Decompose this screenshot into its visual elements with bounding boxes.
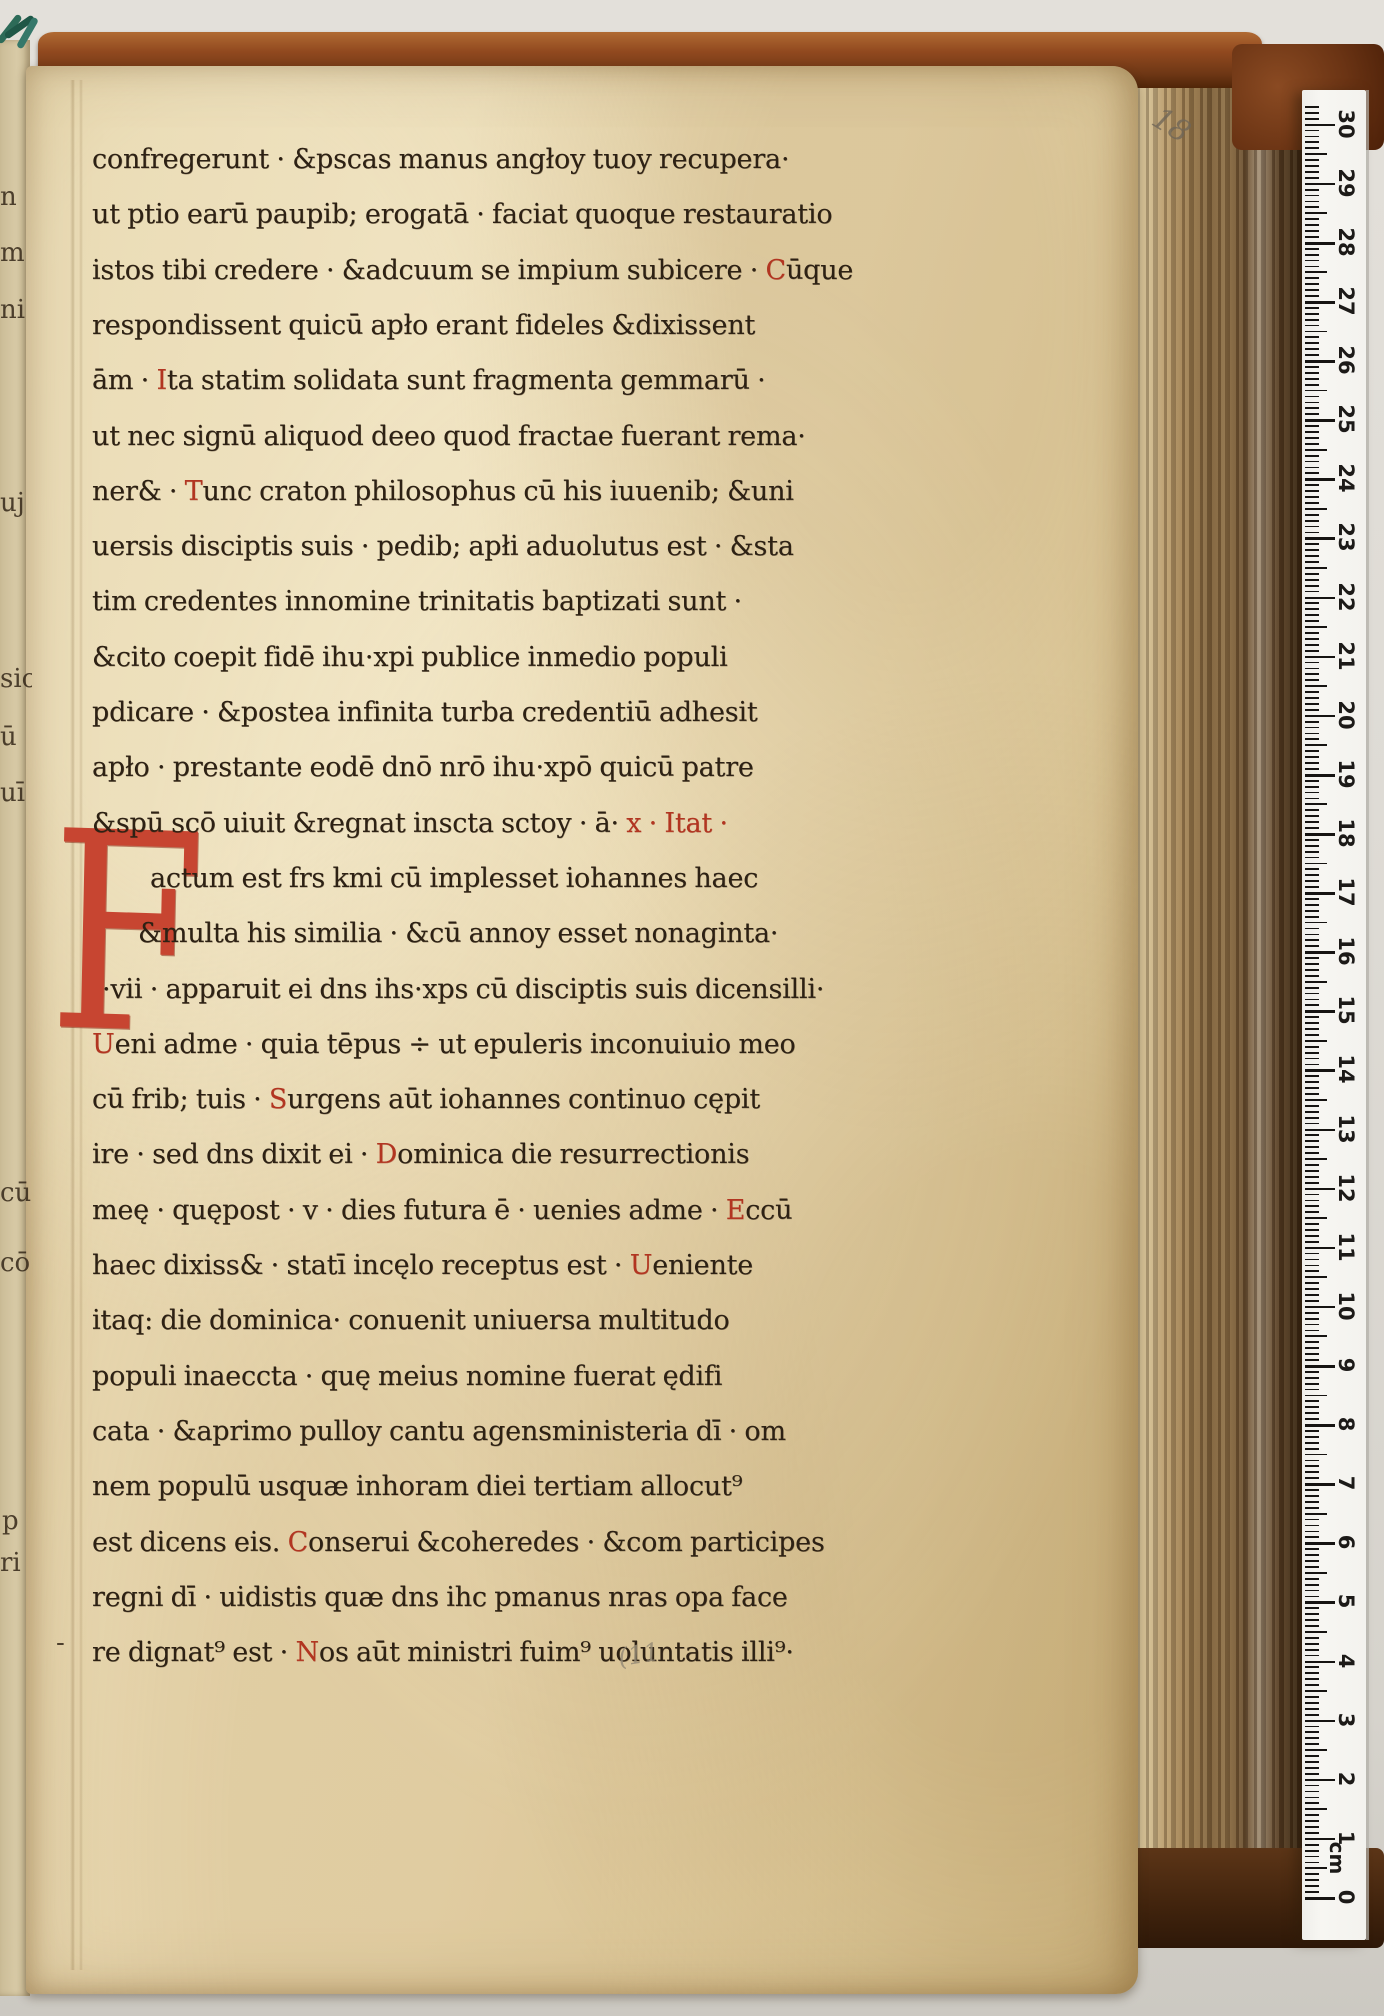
margin-fragment: cō bbox=[0, 1248, 32, 1278]
ruler-tick bbox=[1305, 975, 1319, 977]
ruler-number: 17 bbox=[1334, 877, 1358, 907]
ruler-tick bbox=[1305, 443, 1319, 445]
ruler-number: 5 bbox=[1334, 1586, 1358, 1616]
ruler-tick bbox=[1305, 981, 1327, 983]
ruler-tick bbox=[1305, 1696, 1319, 1698]
ruler-tick bbox=[1305, 614, 1319, 616]
line-text: tim credentes innomine trinitatis baptiz… bbox=[92, 586, 742, 617]
ruler-number: 27 bbox=[1334, 286, 1358, 316]
ruler-unit-label: cm bbox=[1325, 1843, 1349, 1873]
ruler-number: 29 bbox=[1334, 168, 1358, 198]
ruler-tick bbox=[1305, 1028, 1319, 1030]
ruler-tick bbox=[1305, 1093, 1319, 1095]
ruler-tick bbox=[1305, 212, 1327, 214]
ruler-tick bbox=[1305, 1140, 1319, 1142]
ruler-tick bbox=[1305, 1134, 1319, 1136]
ruler-tick bbox=[1305, 1383, 1319, 1385]
margin-fragment: cū bbox=[0, 1178, 32, 1208]
line-text: ccū bbox=[745, 1195, 792, 1226]
ruler-tick bbox=[1305, 656, 1335, 659]
rubric-letter: D bbox=[376, 1139, 397, 1170]
ruler-tick bbox=[1305, 242, 1335, 245]
ruler-number: 13 bbox=[1334, 1114, 1358, 1144]
ruler-tick bbox=[1305, 118, 1319, 120]
ruler-tick bbox=[1305, 1720, 1335, 1723]
ruler-tick bbox=[1305, 478, 1335, 481]
ruler-tick bbox=[1305, 1548, 1319, 1550]
ruler-tick bbox=[1305, 1164, 1319, 1166]
ruler-tick bbox=[1305, 1004, 1319, 1006]
ruler-tick bbox=[1305, 1412, 1319, 1414]
ruler-tick bbox=[1305, 650, 1319, 652]
ruler-tick bbox=[1305, 1424, 1335, 1427]
manuscript-line: ·vii · apparuit ei dns ihs·xps cū discip… bbox=[102, 970, 824, 1010]
ruler-tick bbox=[1305, 1743, 1319, 1745]
ruler-tick bbox=[1305, 136, 1319, 138]
line-text: ut nec signū aliquod deeo quod fractae f… bbox=[92, 421, 806, 452]
ruler-tick bbox=[1305, 987, 1319, 989]
line-text: urgens aūt iohannes continuo cępit bbox=[287, 1084, 760, 1115]
ruler-tick bbox=[1305, 1460, 1319, 1462]
ruler-tick bbox=[1305, 673, 1319, 675]
ruler-tick bbox=[1305, 271, 1327, 273]
ruler-tick bbox=[1305, 1099, 1327, 1101]
ruler-tick bbox=[1305, 945, 1319, 947]
ruler-tick bbox=[1305, 1897, 1335, 1900]
ruler-tick bbox=[1305, 1442, 1319, 1444]
ruler-number: 16 bbox=[1334, 936, 1358, 966]
ruler-tick bbox=[1305, 1454, 1327, 1456]
ruler-tick bbox=[1305, 1046, 1319, 1048]
ruler-tick bbox=[1305, 1170, 1319, 1172]
ruler-tick bbox=[1305, 1507, 1319, 1509]
rubric-letter: U bbox=[92, 1029, 115, 1060]
ruler-tick bbox=[1305, 1058, 1319, 1060]
ruler-tick bbox=[1305, 1596, 1319, 1598]
line-text: ner& · bbox=[92, 476, 185, 507]
manuscript-line: cata · &aprimo pulloy cantu agensministe… bbox=[92, 1412, 786, 1452]
ruler-tick bbox=[1305, 413, 1319, 415]
ruler-tick bbox=[1305, 827, 1319, 829]
margin-fragment: ni bbox=[0, 295, 32, 325]
ruler-tick bbox=[1305, 1158, 1327, 1160]
manuscript-line: respondissent quicū apło erant fideles &… bbox=[92, 306, 755, 346]
ruler-tick bbox=[1305, 833, 1335, 836]
ruler-tick bbox=[1305, 319, 1319, 321]
ruler-tick bbox=[1305, 124, 1335, 127]
ruler-tick bbox=[1305, 1678, 1319, 1680]
ruler-tick bbox=[1305, 1223, 1319, 1225]
ruler-tick bbox=[1305, 999, 1319, 1001]
rubric-letter: T bbox=[185, 476, 203, 507]
manuscript-line: tim credentes innomine trinitatis baptiz… bbox=[92, 582, 742, 622]
line-text: eni adme · quia tēpus ÷ ut epuleris inco… bbox=[115, 1029, 796, 1060]
ruler-tick bbox=[1305, 602, 1319, 604]
manuscript-line: populi inaeccta · quę meius nomine fuera… bbox=[92, 1357, 722, 1397]
ruler-tick bbox=[1305, 1714, 1319, 1716]
manuscript-line: &cito coepit fidē ihu·xpi publice inmedi… bbox=[92, 638, 728, 678]
ruler-tick bbox=[1305, 455, 1319, 457]
ruler-tick bbox=[1305, 632, 1319, 634]
line-text: ta statim solidata sunt fragmenta gemmar… bbox=[167, 365, 766, 396]
ruler-tick bbox=[1305, 1241, 1319, 1243]
ruler-tick bbox=[1305, 1282, 1319, 1284]
manuscript-line: uersis disciptis suis · pedib; apłi aduo… bbox=[92, 527, 794, 567]
ruler-tick bbox=[1305, 1300, 1319, 1302]
ruler-tick bbox=[1305, 1217, 1327, 1219]
ruler-number: 24 bbox=[1334, 463, 1358, 493]
ruler-tick bbox=[1305, 1702, 1319, 1704]
line-text: ominica die resurrectionis bbox=[397, 1139, 749, 1170]
ruler-tick bbox=[1305, 1542, 1335, 1545]
ruler-tick bbox=[1305, 1495, 1319, 1497]
ruler-tick bbox=[1305, 1584, 1319, 1586]
ruler-tick bbox=[1305, 585, 1319, 587]
ruler-tick bbox=[1305, 425, 1319, 427]
ruler-tick bbox=[1305, 431, 1319, 433]
ruler-number: 14 bbox=[1334, 1054, 1358, 1084]
ruler-tick bbox=[1305, 1265, 1319, 1267]
ruler-tick bbox=[1305, 1069, 1335, 1072]
ruler-tick bbox=[1305, 993, 1319, 995]
line-text: meę · quępost · v · dies futura ē · ueni… bbox=[92, 1195, 726, 1226]
ruler-tick bbox=[1305, 644, 1319, 646]
ruler-tick bbox=[1305, 396, 1319, 398]
ruler-tick bbox=[1305, 502, 1319, 504]
ruler-number: 30 bbox=[1334, 109, 1358, 139]
rubric-letter: I bbox=[156, 365, 166, 396]
ruler-tick bbox=[1305, 1791, 1319, 1793]
line-text: os aūt ministri fuim⁹ uoluntatis illi⁹· bbox=[319, 1637, 794, 1668]
ruler-tick bbox=[1305, 679, 1319, 681]
ruler-tick bbox=[1305, 1672, 1319, 1674]
ruler-number: 22 bbox=[1334, 582, 1358, 612]
ruler-tick bbox=[1305, 957, 1319, 959]
margin-fragment: - bbox=[56, 1628, 88, 1658]
line-text: confregerunt · &pscas manus angłoy tuoy … bbox=[92, 144, 789, 175]
rubric-letter: S bbox=[269, 1084, 287, 1115]
ruler: 0123456789101112131415161718192021222324… bbox=[1302, 90, 1366, 1940]
ruler-tick bbox=[1305, 372, 1319, 374]
ruler-tick bbox=[1305, 514, 1319, 516]
ruler-tick bbox=[1305, 195, 1319, 197]
ruler-number: 2 bbox=[1334, 1764, 1358, 1794]
manuscript-line: &multa his similia · &cū annoy esset non… bbox=[138, 914, 778, 954]
ruler-tick bbox=[1305, 691, 1319, 693]
ruler-tick bbox=[1305, 762, 1319, 764]
ruler-tick bbox=[1305, 597, 1335, 600]
margin-fragment: ri bbox=[0, 1548, 32, 1578]
manuscript-line: Ueni adme · quia tēpus ÷ ut epuleris inc… bbox=[92, 1025, 796, 1065]
ruler-tick bbox=[1305, 1785, 1319, 1787]
ruler-tick bbox=[1305, 1270, 1319, 1272]
manuscript-line: haec dixiss& · statī incęlo receptus est… bbox=[92, 1246, 753, 1286]
line-text: est dicens eis. bbox=[92, 1527, 288, 1558]
ruler-tick bbox=[1305, 880, 1319, 882]
ruler-tick bbox=[1305, 1276, 1327, 1278]
ruler-tick bbox=[1305, 1885, 1319, 1887]
ruler-tick bbox=[1305, 1814, 1319, 1816]
ruler-tick bbox=[1305, 1335, 1327, 1337]
ruler-number: 21 bbox=[1334, 641, 1358, 671]
line-text: ūque bbox=[786, 255, 853, 286]
ruler-tick bbox=[1305, 236, 1319, 238]
ruler-tick bbox=[1305, 537, 1335, 540]
manuscript-line: est dicens eis. Conserui &coheredes · &c… bbox=[92, 1523, 825, 1563]
ruler-tick bbox=[1305, 206, 1319, 208]
line-text: &multa his similia · &cū annoy esset non… bbox=[138, 918, 778, 949]
ruler-tick bbox=[1305, 1808, 1327, 1810]
ruler-tick bbox=[1305, 803, 1327, 805]
line-text: ·vii · apparuit ei dns ihs·xps cū discip… bbox=[102, 974, 824, 1005]
line-text: ut ptio earū paupib; erogatā · faciat qu… bbox=[92, 199, 832, 230]
ruler-tick bbox=[1305, 1590, 1319, 1592]
line-text: itaq: die dominica· conuenit uniuersa mu… bbox=[92, 1305, 730, 1336]
manuscript-line: apło · prestante eodē dnō nrō ihu·xpō qu… bbox=[92, 748, 754, 788]
ruler-tick bbox=[1305, 1371, 1319, 1373]
ruler-tick bbox=[1305, 1832, 1319, 1834]
ruler-tick bbox=[1305, 1802, 1319, 1804]
ruler-tick bbox=[1305, 348, 1319, 350]
ruler-tick bbox=[1305, 1259, 1319, 1261]
ruler-tick bbox=[1305, 1347, 1319, 1349]
ruler-tick bbox=[1305, 1064, 1319, 1066]
ruler-tick bbox=[1305, 230, 1319, 232]
ruler-tick bbox=[1305, 1483, 1335, 1486]
ruler-tick bbox=[1305, 1572, 1327, 1574]
ruler-tick bbox=[1305, 839, 1319, 841]
ruler-tick bbox=[1305, 171, 1319, 173]
page-stack-edge bbox=[1128, 88, 1310, 1946]
ruler-tick bbox=[1305, 384, 1319, 386]
ruler-tick bbox=[1305, 886, 1319, 888]
ruler-tick bbox=[1305, 1797, 1319, 1799]
ruler-tick bbox=[1305, 1560, 1319, 1562]
ruler-tick bbox=[1305, 1666, 1319, 1668]
ruler-tick bbox=[1305, 1229, 1319, 1231]
line-text: nem populū usquæ inhoram diei tertiam al… bbox=[92, 1471, 742, 1502]
ruler-tick bbox=[1305, 555, 1319, 557]
ruler-tick bbox=[1305, 1578, 1319, 1580]
ruler-tick bbox=[1305, 1737, 1319, 1739]
ruler-tick bbox=[1305, 1146, 1319, 1148]
ruler-tick bbox=[1305, 1749, 1327, 1751]
ruler-tick bbox=[1305, 1359, 1319, 1361]
line-text: re dignat⁹ est · bbox=[92, 1637, 295, 1668]
ruler-tick bbox=[1305, 1288, 1319, 1290]
ruler-tick bbox=[1305, 1867, 1327, 1869]
ruler-tick bbox=[1305, 1625, 1319, 1627]
ruler-tick bbox=[1305, 969, 1319, 971]
ruler-tick bbox=[1305, 260, 1319, 262]
ruler-tick bbox=[1305, 738, 1319, 740]
ruler-tick bbox=[1305, 963, 1319, 965]
ruler-tick bbox=[1305, 910, 1319, 912]
ruler-tick bbox=[1305, 549, 1319, 551]
ruler-number: 15 bbox=[1334, 995, 1358, 1025]
ruler-tick bbox=[1305, 106, 1319, 108]
ruler-tick bbox=[1305, 165, 1319, 167]
ruler-tick bbox=[1305, 1862, 1319, 1864]
ruler-tick bbox=[1305, 508, 1327, 510]
ruler-tick bbox=[1305, 916, 1319, 918]
ruler-tick bbox=[1305, 1105, 1319, 1107]
ruler-tick bbox=[1305, 1353, 1319, 1355]
ruler-tick bbox=[1305, 1436, 1319, 1438]
ruler-tick bbox=[1305, 1731, 1319, 1733]
ruler-number: 19 bbox=[1334, 759, 1358, 789]
ruler-tick bbox=[1305, 224, 1319, 226]
ruler-number: 4 bbox=[1334, 1646, 1358, 1676]
manuscript-line: meę · quępost · v · dies futura ē · ueni… bbox=[92, 1191, 792, 1231]
line-text: onserui &coheredes · &com participes bbox=[308, 1527, 825, 1558]
ruler-tick bbox=[1305, 325, 1319, 327]
ruler-tick bbox=[1305, 1129, 1335, 1132]
rubric-letter: N bbox=[295, 1637, 318, 1668]
ruler-tick bbox=[1305, 1531, 1319, 1533]
ruler-tick bbox=[1305, 1525, 1319, 1527]
ruler-tick bbox=[1305, 449, 1327, 451]
ruler-tick bbox=[1305, 289, 1319, 291]
manuscript-line: istos tibi credere · &adcuum se impium s… bbox=[92, 251, 853, 291]
ruler-number: 11 bbox=[1334, 1232, 1358, 1262]
line-text: &spū scō uiuit &regnat inscta sctoy · ā· bbox=[92, 808, 626, 839]
ruler-tick bbox=[1305, 685, 1327, 687]
ruler-tick bbox=[1305, 1016, 1319, 1018]
ruler-tick bbox=[1305, 1087, 1319, 1089]
ruler-tick bbox=[1305, 342, 1319, 344]
ruler-tick bbox=[1305, 1406, 1319, 1408]
ruler-tick bbox=[1305, 786, 1319, 788]
ruler-tick bbox=[1305, 898, 1319, 900]
ruler-tick bbox=[1305, 419, 1335, 422]
ruler-tick bbox=[1305, 768, 1319, 770]
ruler-tick bbox=[1305, 313, 1319, 315]
ruler-tick bbox=[1305, 472, 1319, 474]
ruler-tick bbox=[1305, 266, 1319, 268]
ruler-tick bbox=[1305, 1601, 1335, 1604]
ruler-tick bbox=[1305, 1477, 1319, 1479]
line-text: uersis disciptis suis · pedib; apłi aduo… bbox=[92, 531, 794, 562]
ruler-tick bbox=[1305, 1111, 1319, 1113]
ruler-tick bbox=[1305, 620, 1319, 622]
ruler-tick bbox=[1305, 437, 1319, 439]
ruler-number: 20 bbox=[1334, 700, 1358, 730]
ruler-tick bbox=[1305, 1176, 1319, 1178]
ruler-tick bbox=[1305, 1312, 1319, 1314]
ruler-tick bbox=[1305, 1649, 1319, 1651]
ruler-tick bbox=[1305, 1637, 1319, 1639]
ruler-number: 8 bbox=[1334, 1409, 1358, 1439]
ruler-tick bbox=[1305, 939, 1319, 941]
ruler-tick bbox=[1305, 1767, 1319, 1769]
manuscript-line: re dignat⁹ est · Nos aūt ministri fuim⁹ … bbox=[92, 1633, 794, 1673]
ruler-tick bbox=[1305, 467, 1319, 469]
line-text: respondissent quicū apło erant fideles &… bbox=[92, 310, 755, 341]
ruler-tick bbox=[1305, 1755, 1319, 1757]
ruler-tick bbox=[1305, 1211, 1319, 1213]
ruler-tick bbox=[1305, 520, 1319, 522]
ruler-number: 25 bbox=[1334, 404, 1358, 434]
ruler-tick bbox=[1305, 378, 1319, 380]
ruler-tick bbox=[1305, 1022, 1319, 1024]
ruler-tick bbox=[1305, 1820, 1319, 1822]
ruler-tick bbox=[1305, 845, 1319, 847]
ruler-tick bbox=[1305, 1318, 1319, 1320]
ruler-tick bbox=[1305, 1501, 1319, 1503]
ruler-tick bbox=[1305, 1619, 1319, 1621]
rubric-letter: E bbox=[726, 1195, 746, 1226]
ruler-shadow-edge bbox=[1366, 90, 1369, 1940]
ruler-tick bbox=[1305, 496, 1319, 498]
ruler-tick bbox=[1305, 1856, 1319, 1858]
ruler-tick bbox=[1305, 922, 1327, 924]
ruler-tick bbox=[1305, 1873, 1319, 1875]
ruler-tick bbox=[1305, 153, 1327, 155]
ruler-tick bbox=[1305, 1075, 1319, 1077]
ruler-tick bbox=[1305, 218, 1319, 220]
ruler-tick bbox=[1305, 697, 1319, 699]
ruler-number: 9 bbox=[1334, 1350, 1358, 1380]
ruler-number: 3 bbox=[1334, 1705, 1358, 1735]
ruler-tick bbox=[1305, 390, 1327, 392]
ruler-tick bbox=[1305, 159, 1319, 161]
line-text: cū frib; tuis · bbox=[92, 1084, 269, 1115]
margin-fragment: uj bbox=[0, 488, 32, 518]
ruler-tick bbox=[1305, 638, 1319, 640]
ruler-tick bbox=[1305, 177, 1319, 179]
ruler-tick bbox=[1305, 1052, 1319, 1054]
ruler-tick bbox=[1305, 1761, 1319, 1763]
ruler-tick bbox=[1305, 815, 1319, 817]
ruler-tick bbox=[1305, 1607, 1319, 1609]
ruler-tick bbox=[1305, 490, 1319, 492]
ruler-tick bbox=[1305, 750, 1319, 752]
ruler-tick bbox=[1305, 147, 1319, 149]
ruler-tick bbox=[1305, 809, 1319, 811]
ruler-tick bbox=[1305, 591, 1319, 593]
ruler-tick bbox=[1305, 579, 1319, 581]
manuscript-line: ire · sed dns dixit ei · Dominica die re… bbox=[92, 1135, 749, 1175]
manuscript-line: ām · Ita statim solidata sunt fragmenta … bbox=[92, 361, 766, 401]
ruler-tick bbox=[1305, 1235, 1319, 1237]
manuscript-line: ner& · Tunc craton philosophus cū his iu… bbox=[92, 472, 794, 512]
manuscript-line: pdicare · &postea infinita turba credent… bbox=[92, 693, 758, 733]
ruler-tick bbox=[1305, 1034, 1319, 1036]
ruler-tick bbox=[1305, 248, 1319, 250]
ruler-tick bbox=[1305, 1389, 1319, 1391]
ruler-tick bbox=[1305, 336, 1319, 338]
ruler-tick bbox=[1305, 366, 1319, 368]
ruler-tick bbox=[1305, 573, 1319, 575]
ruler-number: 6 bbox=[1334, 1527, 1358, 1557]
ruler-tick bbox=[1305, 1294, 1319, 1296]
ruler-tick bbox=[1305, 1324, 1319, 1326]
ruler-tick bbox=[1305, 1188, 1335, 1191]
ruler-tick bbox=[1305, 301, 1335, 304]
ruler-tick bbox=[1305, 1566, 1319, 1568]
ruler-tick bbox=[1305, 307, 1319, 309]
manuscript-line: actum est frs kmi cū implesset iohannes … bbox=[150, 859, 758, 899]
manuscript-line: nem populū usquæ inhoram diei tertiam al… bbox=[92, 1467, 742, 1507]
ruler-tick bbox=[1305, 189, 1319, 191]
line-text: ām · bbox=[92, 365, 156, 396]
ruler-tick bbox=[1305, 561, 1319, 563]
line-text: eniente bbox=[652, 1250, 753, 1281]
ruler-number: 26 bbox=[1334, 345, 1358, 375]
ruler-tick bbox=[1305, 1879, 1319, 1881]
ruler-tick bbox=[1305, 1631, 1327, 1633]
